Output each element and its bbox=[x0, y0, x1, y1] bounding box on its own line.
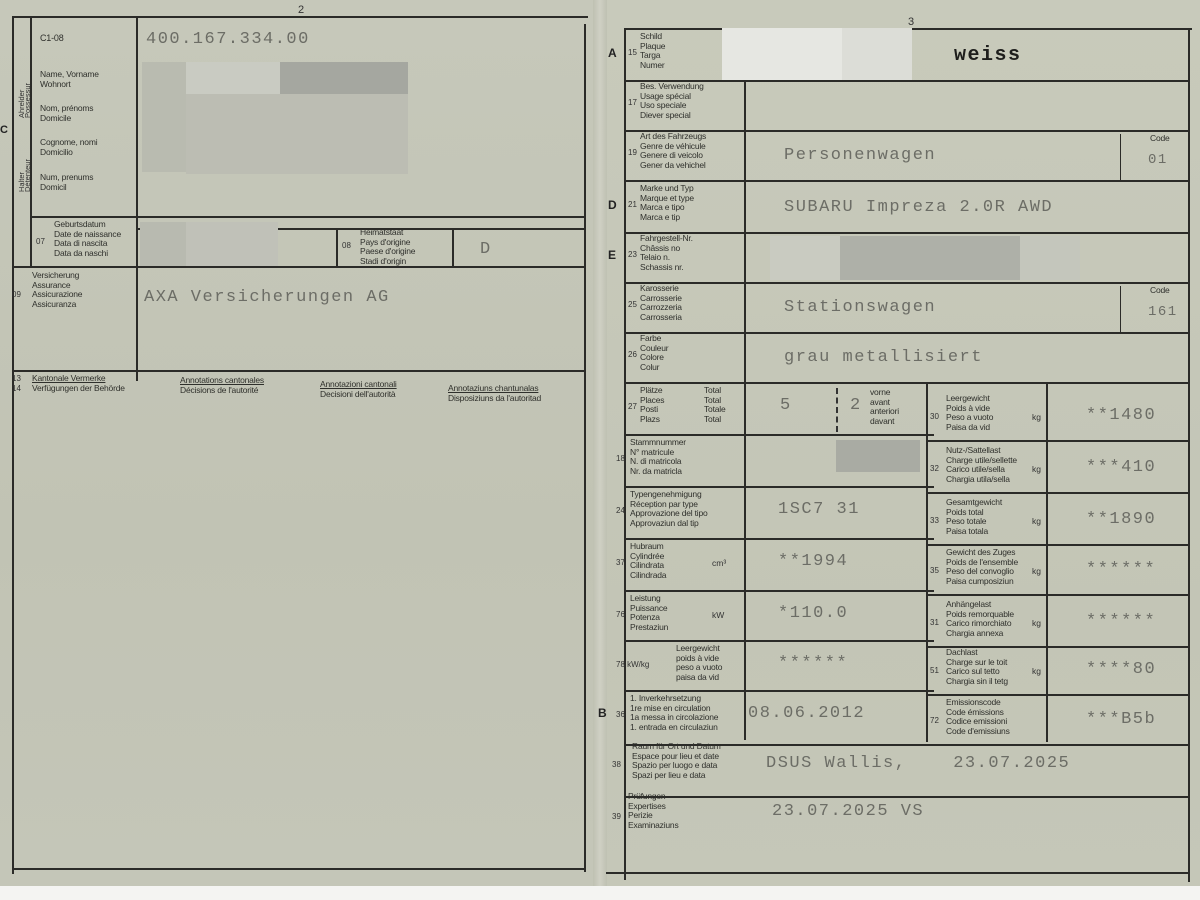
weights-value-divider bbox=[1046, 382, 1048, 742]
field-label-26: FarbeCouleurColoreColur bbox=[640, 334, 668, 372]
chassis-redacted bbox=[1020, 236, 1080, 280]
holder-name-label: Name, VornameWohnort bbox=[40, 70, 99, 89]
field-number: 78 kW/kg bbox=[616, 660, 649, 669]
frame-bottom bbox=[12, 868, 586, 870]
holder-name-label-it: Cognome, nomiDomicilio bbox=[40, 138, 97, 157]
field-number: 15 bbox=[628, 48, 637, 57]
seats-divider bbox=[836, 388, 838, 432]
row-divider bbox=[624, 640, 934, 642]
field-07-label: GeburtsdatumDate de naissance Data di na… bbox=[54, 220, 121, 258]
field-label-51: DachlastCharge sur le toitCarico sul tet… bbox=[946, 648, 1008, 686]
row-divider-annotations bbox=[12, 370, 584, 372]
field-value-36: 08.06.2012 bbox=[748, 704, 865, 723]
field-number: 39 bbox=[612, 812, 621, 821]
unit-label: kW bbox=[712, 610, 724, 620]
holder-name-redacted bbox=[142, 62, 186, 172]
seats-front: 2 bbox=[850, 396, 862, 415]
field-value-76: *110.0 bbox=[778, 604, 848, 623]
row-divider bbox=[624, 382, 1188, 384]
col-divider-08b bbox=[452, 228, 454, 268]
row-divider bbox=[926, 594, 1188, 596]
side-label-divider bbox=[30, 16, 32, 266]
field-value-15: weiss bbox=[954, 44, 1022, 67]
field-label-15: SchildPlaqueTargaNumer bbox=[640, 32, 665, 70]
field-value-38: DSUS Wallis, 23.07.2025 bbox=[766, 754, 1070, 773]
row-divider bbox=[926, 440, 1188, 442]
frame-right-right bbox=[1188, 30, 1190, 882]
holder-name-redacted bbox=[186, 94, 408, 174]
field-value-31: ****** bbox=[1086, 612, 1156, 631]
field-value-25: Stationswagen bbox=[784, 298, 936, 317]
field-number: 23 bbox=[628, 250, 637, 259]
field-number: 24 bbox=[616, 506, 625, 515]
annotation-heading-rm: Annotaziuns chantunalasDisposiziuns da l… bbox=[448, 384, 541, 403]
field-label-36: 1. Inverkehrsetzung1re mise en circulati… bbox=[630, 694, 718, 732]
unit-label: kg bbox=[1032, 666, 1041, 676]
section-letter-a: A bbox=[608, 46, 617, 60]
field-number: 25 bbox=[628, 300, 637, 309]
field-number: 30 bbox=[930, 412, 939, 421]
field-c1-code: C1-08 bbox=[40, 34, 64, 44]
field-09-number: 09 bbox=[12, 290, 21, 299]
field-08-value: D bbox=[480, 240, 492, 259]
field-label-17: Bes. VerwendungUsage spécialUso speciale… bbox=[640, 82, 704, 120]
holder-name-redacted bbox=[280, 62, 408, 94]
field-09-label: VersicherungAssurance AssicurazioneAssic… bbox=[32, 271, 82, 309]
row-divider bbox=[624, 434, 934, 436]
code-divider bbox=[1120, 134, 1121, 180]
field-number: 19 bbox=[628, 148, 637, 157]
field-number: 18 bbox=[616, 454, 625, 463]
section-letter-d: D bbox=[608, 198, 617, 212]
row-divider bbox=[926, 694, 1188, 696]
field-c1-value: 400.167.334.00 bbox=[146, 30, 310, 49]
seats-labels: PlätzePlacesPostiPlazs bbox=[640, 386, 664, 424]
page-number-left: 2 bbox=[298, 4, 304, 16]
section-letter-e: E bbox=[608, 248, 616, 262]
field-value-30: **1480 bbox=[1086, 406, 1156, 425]
row-divider bbox=[624, 332, 1188, 334]
weights-col-divider bbox=[926, 382, 928, 742]
row-divider-09 bbox=[12, 266, 584, 268]
annotation-heading-it: Annotazioni cantonaliDecisioni dell'auto… bbox=[320, 380, 397, 399]
field-value-33: **1890 bbox=[1086, 510, 1156, 529]
code-value-25: 161 bbox=[1148, 304, 1178, 320]
unit-label: kg bbox=[1032, 618, 1041, 628]
code-label: Code bbox=[1150, 286, 1170, 296]
field-value-32: ***410 bbox=[1086, 458, 1156, 477]
frame-left bbox=[12, 16, 14, 874]
row-divider bbox=[624, 80, 1188, 82]
col-divider-08a bbox=[336, 228, 338, 268]
row-divider bbox=[926, 544, 1188, 546]
row-divider bbox=[624, 180, 1188, 182]
annotation-heading-de: Kantonale VermerkeVerfügungen der Behörd… bbox=[32, 374, 125, 393]
field-label-38: Raum für Ort und DatumEspace pour lieu e… bbox=[632, 742, 721, 780]
field-number: 32 bbox=[930, 464, 939, 473]
holder-name-label-rm: Num, prenumsDomicil bbox=[40, 173, 93, 192]
field-07-number: 07 bbox=[36, 237, 45, 246]
unit-label: kg bbox=[1032, 412, 1041, 422]
seats-total: 5 bbox=[780, 396, 792, 415]
field-number: 51 bbox=[930, 666, 939, 675]
frame-bottom-right bbox=[606, 872, 1190, 874]
code-label: Code bbox=[1150, 134, 1170, 144]
holder-side-label-4: Détenteur bbox=[24, 159, 32, 192]
field-label-72: EmissionscodeCode émissionsCodice emissi… bbox=[946, 698, 1010, 736]
field-label-32: Nutz-/SattellastCharge utile/selletteCar… bbox=[946, 446, 1017, 484]
field-value-21: SUBARU Impreza 2.0R AWD bbox=[784, 198, 1053, 217]
row-divider bbox=[624, 282, 1188, 284]
unit-label: kg bbox=[1032, 566, 1041, 576]
birthdate-redacted bbox=[186, 222, 278, 266]
field-09-value: AXA Versicherungen AG bbox=[144, 288, 390, 307]
annotation-number-13: 13 bbox=[12, 374, 21, 383]
holder-side-label-2: Possessur bbox=[24, 83, 32, 118]
chassis-redacted bbox=[840, 236, 1020, 280]
code-divider bbox=[1120, 286, 1121, 332]
field-value-37: **1994 bbox=[778, 552, 848, 571]
row-divider bbox=[624, 590, 934, 592]
birthdate-redacted bbox=[140, 222, 186, 266]
field-label-78: Leergewichtpoids à videpeso a vuotopaisa… bbox=[676, 644, 722, 682]
field-value-51: ****80 bbox=[1086, 660, 1156, 679]
seats-total-labels: TotalTotalTotaleTotal bbox=[704, 386, 725, 424]
field-value-35: ****** bbox=[1086, 560, 1156, 579]
row-divider bbox=[624, 486, 934, 488]
field-label-33: GesamtgewichtPoids totalPeso totalePaisa… bbox=[946, 498, 1002, 536]
field-label-19: Art des FahrzeugsGenre de véhiculeGenere… bbox=[640, 132, 706, 170]
section-letter-b: B bbox=[598, 706, 607, 720]
unit-label: cm³ bbox=[712, 558, 726, 568]
field-value-24: 1SC7 31 bbox=[778, 500, 860, 519]
field-label-30: LeergewichtPoids à videPeso a vuotoPaisa… bbox=[946, 394, 993, 432]
seats-front-labels: vorneavantanterioridavant bbox=[870, 388, 899, 426]
row-divider bbox=[624, 796, 1188, 798]
field-value-78: ****** bbox=[778, 654, 848, 673]
matriculation-redacted bbox=[836, 440, 920, 472]
field-08-number: 08 bbox=[342, 241, 351, 250]
field-value-19: Personenwagen bbox=[784, 146, 936, 165]
field-number: 37 bbox=[616, 558, 625, 567]
field-number: 27 bbox=[628, 402, 637, 411]
field-number: 17 bbox=[628, 98, 637, 107]
annotation-number-14: 14 bbox=[12, 384, 21, 393]
row-divider bbox=[624, 232, 1188, 234]
field-label-37: HubraumCylindréeCilindrataCilindrada bbox=[630, 542, 666, 580]
field-label-23: Fahrgestell-Nr.Châssis noTelaio n.Schass… bbox=[640, 234, 693, 272]
holder-name-redacted bbox=[186, 62, 280, 94]
field-number: 76 bbox=[616, 610, 625, 619]
row-divider bbox=[926, 492, 1188, 494]
field-label-31: AnhängelastPoids remorquableCarico rimor… bbox=[946, 600, 1014, 638]
holder-name-label-fr: Nom, prénomsDomicile bbox=[40, 104, 93, 123]
field-number: 26 bbox=[628, 350, 637, 359]
field-number: 33 bbox=[930, 516, 939, 525]
field-value-72: ***B5b bbox=[1086, 710, 1156, 729]
field-label-25: KarosserieCarrosserieCarrozzeriaCarrosse… bbox=[640, 284, 682, 322]
row-divider-07 bbox=[30, 216, 584, 218]
chassis-redacted bbox=[770, 236, 840, 280]
field-number: 72 bbox=[930, 716, 939, 725]
field-number: 38 bbox=[612, 760, 621, 769]
label-column-divider bbox=[136, 16, 138, 381]
row-divider bbox=[624, 130, 1188, 132]
field-number: 21 bbox=[628, 200, 637, 209]
annotation-heading-fr: Annotations cantonalesDécisions de l'aut… bbox=[180, 376, 264, 395]
frame-top bbox=[12, 16, 588, 18]
field-number: 31 bbox=[930, 618, 939, 627]
code-value-19: 01 bbox=[1148, 152, 1168, 168]
unit-label: kg bbox=[1032, 464, 1041, 474]
row-divider bbox=[624, 690, 934, 692]
field-label-76: LeistungPuissancePotenzaPrestaziun bbox=[630, 594, 668, 632]
field-label-24: TypengenehmigungRéception par typeApprov… bbox=[630, 490, 708, 528]
field-label-21: Marke und TypMarque et typeMarca e tipoM… bbox=[640, 184, 694, 222]
field-value-26: grau metallisiert bbox=[784, 348, 983, 367]
field-label-39: PrüfungenExpertisesPerizieExaminaziuns bbox=[628, 792, 679, 830]
field-08-label: HeimatstaatPays d'origine Paese d'origin… bbox=[360, 228, 415, 266]
field-label-18: StammnummerN° matriculeN. di matricolaNr… bbox=[630, 438, 686, 476]
frame-right bbox=[584, 24, 586, 872]
field-label-35: Gewicht des ZugesPoids de l'ensemblePeso… bbox=[946, 548, 1018, 586]
field-value-39: 23.07.2025 VS bbox=[772, 802, 924, 821]
page-fold bbox=[593, 0, 607, 886]
field-number: 35 bbox=[930, 566, 939, 575]
unit-label: kg bbox=[1032, 516, 1041, 526]
section-letter-c: C bbox=[0, 124, 8, 136]
page-number-right: 3 bbox=[908, 16, 914, 28]
plate-redacted bbox=[722, 28, 842, 80]
plate-redacted bbox=[842, 28, 912, 80]
field-number: 36 bbox=[616, 710, 625, 719]
row-divider bbox=[624, 538, 934, 540]
